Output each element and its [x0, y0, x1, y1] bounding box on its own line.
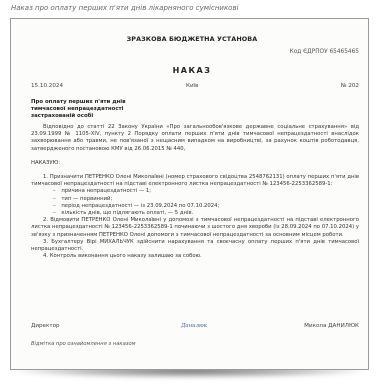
order-item-4: 4. Контроль виконання цього наказу залиш…: [31, 253, 359, 260]
document-title: НАКАЗ: [25, 67, 359, 74]
list-item: кількість днів, що підлягають оплаті, — …: [53, 210, 359, 217]
order-item-2: 2. Відмовити ПЕТРЕНКО Олені Миколаївні у…: [31, 217, 359, 239]
acknowledgement-note: Відмітка про ознайомлення з наказом: [31, 341, 136, 348]
preamble-paragraph: Відповідно до статті 22 Закону України «…: [31, 124, 359, 153]
list-item: тип — первинний;: [53, 196, 359, 203]
list-item: період непрацездатності — із 23.09.2024 …: [53, 203, 359, 210]
document-date: 15.10.2024: [31, 83, 63, 90]
document-body: Відповідно до статті 22 Закону України «…: [31, 124, 359, 260]
handwritten-signature: Данилюк: [181, 323, 207, 330]
order-word: НАКАЗУЮ:: [31, 160, 359, 167]
item-1-details-list: причина непрацездатності — 1; тип — перв…: [31, 188, 359, 217]
signer-name: Микола ДАНИЛЮК: [304, 323, 359, 330]
document-number: № 202: [341, 83, 359, 90]
order-item-1: 1. Призначити ПЕТРЕНКО Олені Миколаївні …: [31, 174, 359, 188]
organization-name: ЗРАЗКОВА БЮДЖЕТНА УСТАНОВА: [25, 36, 359, 43]
document-meta-row: 15.10.2024 Київ № 202: [31, 83, 359, 90]
edrpou-code: Код ЄДРПОУ 65465465: [290, 49, 359, 56]
document-caption: Наказ про оплату перших п'яти днів лікар…: [11, 4, 239, 12]
order-item-3: 3. Бухгалтеру Вірі МИХАЛЬЧУК здійснити н…: [31, 239, 359, 253]
signer-position: Директор: [31, 323, 60, 330]
document-subject: Про оплату перших п'яти днів тимчасової …: [31, 99, 151, 119]
document-page-container: ЗРАЗКОВА БЮДЖЕТНА УСТАНОВА Код ЄДРПОУ 65…: [10, 18, 369, 370]
document-page: ЗРАЗКОВА БЮДЖЕТНА УСТАНОВА Код ЄДРПОУ 65…: [10, 18, 369, 370]
document-city: Київ: [186, 83, 198, 90]
list-item: причина непрацездатності — 1;: [53, 188, 359, 195]
